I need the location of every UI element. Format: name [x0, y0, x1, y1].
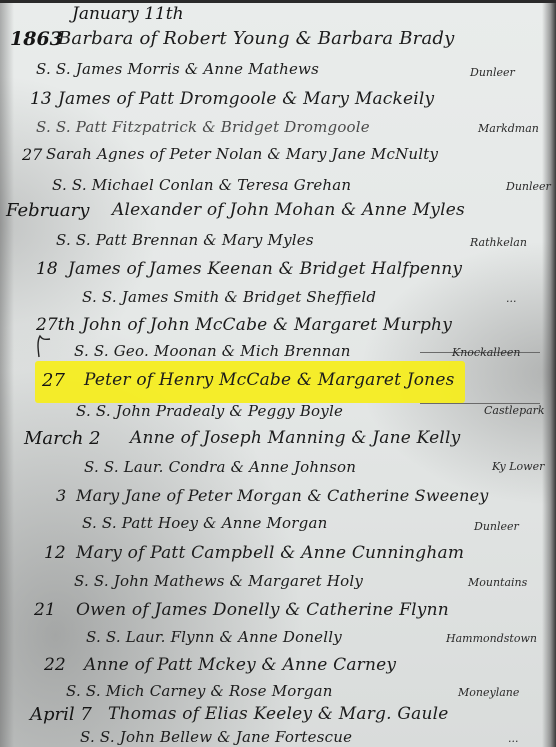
entry-text: Owen of James Donelly & Catherine Flynn: [76, 600, 449, 620]
entry-townland: Hammondstown: [446, 632, 537, 645]
entry-sponsors: S. S. Geo. Moonan & Mich Brennan: [74, 342, 351, 360]
entry-townland: Rathkelan: [470, 236, 527, 249]
entry-townland: Dunleer: [470, 66, 515, 79]
entry-text: Mary of Patt Campbell & Anne Cunningham: [76, 543, 464, 563]
highlighted-entry-text: Peter of Henry McCabe & Margaret Jones: [84, 370, 455, 390]
entry-text: Anne of Patt Mckey & Anne Carney: [84, 655, 396, 675]
entry-townland: Dunleer: [474, 520, 519, 533]
entry-text: Sarah Agnes of Peter Nolan & Mary Jane M…: [46, 145, 438, 163]
entry-townland: Markdman: [478, 122, 539, 135]
entry-label: 21: [34, 600, 56, 620]
page-shadow-left: [0, 0, 14, 747]
entry-label: April 7: [30, 704, 92, 725]
page-edge-top: [0, 0, 556, 3]
entry-sponsors: S. S. Michael Conlan & Teresa Grehan: [52, 176, 351, 194]
entry-sponsors: S. S. James Smith & Bridget Sheffield: [82, 288, 376, 306]
page-shadow-right: [542, 0, 556, 747]
entry-townland: Moneylane: [458, 686, 519, 699]
entry-label: 12: [44, 543, 66, 563]
entry-sponsors: S. S. John Pradealy & Peggy Boyle: [76, 402, 343, 420]
header-date: January 11th: [72, 4, 184, 24]
entry-text: John of John McCabe & Margaret Murphy: [82, 315, 452, 335]
entry-text: James of Patt Dromgoole & Mary Mackeily: [58, 89, 434, 109]
entry-text: James of James Keenan & Bridget Halfpenn…: [68, 259, 462, 279]
entry-townland: Ky Lower: [492, 460, 544, 473]
entry-townland: ...: [506, 292, 517, 305]
entry-label: 27: [22, 145, 42, 164]
entry-townland: ...: [508, 732, 519, 745]
entry-label: 3: [56, 486, 66, 505]
highlighted-entry-label: 27: [42, 370, 65, 391]
entry-sponsors: S. S. Patt Fitzpatrick & Bridget Dromgoo…: [36, 118, 370, 136]
entry-sponsors: S. S. Mich Carney & Rose Morgan: [66, 682, 333, 700]
entry-text: Thomas of Elias Keeley & Marg. Gaule: [108, 704, 449, 724]
entry-sponsors: S. S. John Mathews & Margaret Holy: [74, 572, 363, 590]
entry-text: Mary Jane of Peter Morgan & Catherine Sw…: [76, 486, 488, 505]
entry-label: 27th: [36, 315, 75, 335]
entry-label: 22: [44, 655, 66, 675]
entry-text: Anne of Joseph Manning & Jane Kelly: [130, 428, 460, 448]
entry-townland: Dunleer: [506, 180, 551, 193]
pointer-arrow-icon: [34, 333, 64, 359]
entry-sponsors: S. S. James Morris & Anne Mathews: [36, 60, 319, 78]
entry-label: 18: [36, 259, 58, 279]
entry-sponsors: S. S. Patt Hoey & Anne Morgan: [82, 514, 327, 532]
entry-text: Alexander of John Mohan & Anne Myles: [112, 200, 465, 220]
entry-sponsors: S. S. Patt Brennan & Mary Myles: [56, 231, 314, 249]
entry-sponsors: S. S. Laur. Flynn & Anne Donelly: [86, 628, 342, 646]
entry-text: Barbara of Robert Young & Barbara Brady: [58, 28, 454, 49]
entry-townland: Castlepark: [484, 404, 545, 417]
entry-townland: Knockalleen: [452, 346, 520, 359]
entry-sponsors: S. S. John Bellew & Jane Fortescue: [80, 728, 352, 746]
entry-label: 1863: [10, 28, 63, 50]
entry-label: February: [6, 200, 89, 221]
entry-label: March 2: [24, 428, 101, 449]
register-page: January 11th 1863 Barbara of Robert Youn…: [0, 0, 556, 747]
entry-sponsors: S. S. Laur. Condra & Anne Johnson: [84, 458, 356, 476]
entry-townland: Mountains: [468, 576, 527, 589]
entry-label: 13: [30, 89, 52, 109]
